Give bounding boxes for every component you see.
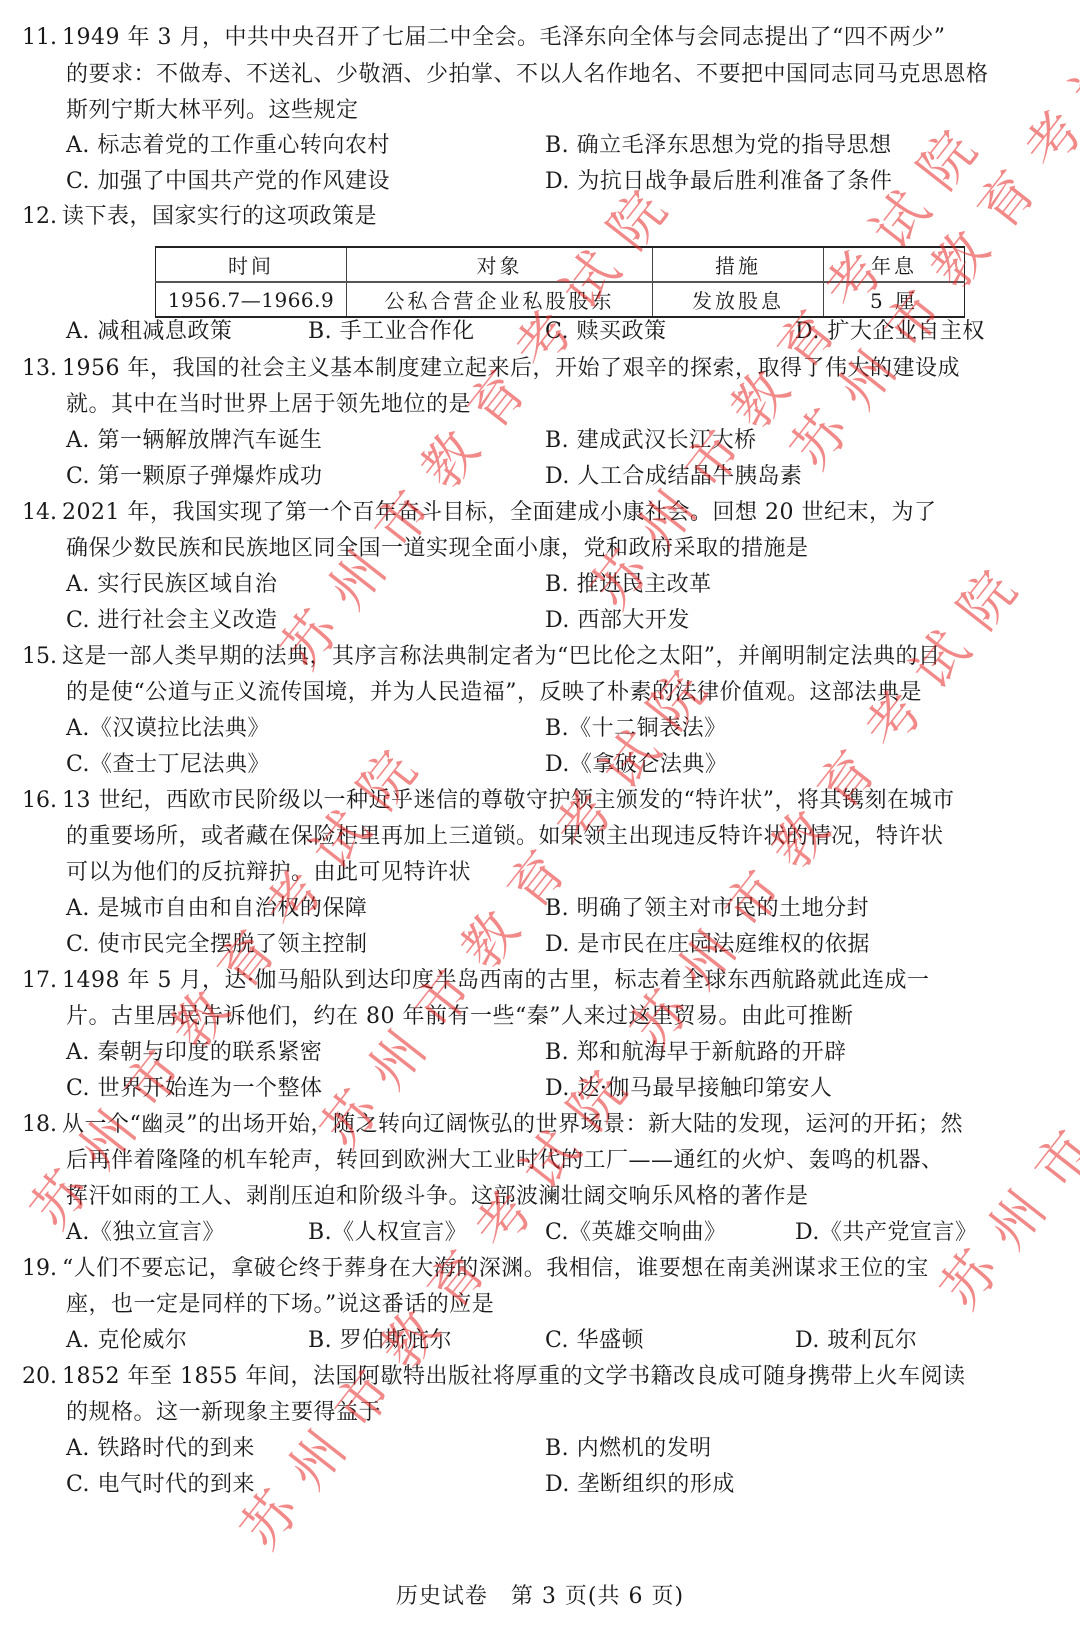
- option-c: C.《查士丁尼法典》: [66, 751, 270, 779]
- option-a: A. 第一辆解放牌汽车诞生: [66, 427, 322, 455]
- option-d: D. 达·伽马最早接触印第安人: [545, 1075, 832, 1103]
- option-a: A. 克伦威尔: [66, 1327, 187, 1355]
- option-c: C. 进行社会主义改造: [66, 607, 278, 635]
- option-c: C.《英雄交响曲》: [545, 1219, 727, 1247]
- question-number: 15.: [22, 643, 57, 671]
- option-c: C. 赎买政策: [545, 318, 667, 346]
- question-number: 12.: [22, 203, 57, 231]
- question-text: 确保少数民族和民族地区同全国一道实现全面小康，党和政府采取的措施是: [66, 535, 809, 563]
- option-b: B. 明确了领主对市民的土地分封: [545, 895, 869, 923]
- table-header-row: 时间 对象 措施 年息: [156, 247, 965, 282]
- question-text: 片。古里居民告诉他们，约在 80 年前有一些“秦”人来过这里贸易。由此可推断: [66, 1003, 853, 1031]
- option-a: A.《汉谟拉比法典》: [66, 715, 270, 743]
- option-b: B. 郑和航海早于新航路的开辟: [545, 1039, 847, 1067]
- option-b: B. 内燃机的发明: [545, 1435, 712, 1463]
- option-d: D. 玻利瓦尔: [795, 1327, 917, 1355]
- option-c: C. 世界开始连为一个整体: [66, 1075, 323, 1103]
- option-c: C. 华盛顿: [545, 1327, 644, 1355]
- question-text: 后再伴着隆隆的机车轮声，转回到欧洲大工业时代的工厂——通红的火炉、轰鸣的机器、: [66, 1147, 944, 1175]
- option-b: B.《十二铜表法》: [545, 715, 727, 743]
- option-b: B. 推进民主改革: [545, 571, 712, 599]
- exam-page: 11. 1949 年 3 月，中共中央召开了七届二中全会。毛泽东向全体与会同志提…: [0, 0, 1080, 1635]
- option-a: A. 减租减息政策: [66, 318, 232, 346]
- question-text: 13 世纪，西欧市民阶级以一种近乎迷信的尊敬守护领主颁发的“特许状”，将其镌刻在…: [62, 787, 954, 815]
- question-number: 17.: [22, 967, 57, 995]
- table-header: 措施: [653, 247, 824, 282]
- question-text: 2021 年，我国实现了第一个百年奋斗目标，全面建成小康社会。回想 20 世纪末…: [62, 499, 936, 527]
- question-text: 的是使“公道与正义流传国境，并为人民造福”，反映了朴素的法律价值观。这部法典是: [66, 679, 922, 707]
- option-a: A. 铁路时代的到来: [66, 1435, 255, 1463]
- question-text: 挥汗如雨的工人、剥削压迫和阶级斗争。这部波澜壮阔交响乐风格的著作是: [66, 1183, 809, 1211]
- question-text: 1956 年，我国的社会主义基本制度建立起来后，开始了艰辛的探索，取得了伟大的建…: [62, 355, 960, 383]
- question-text: 斯列宁斯大林平列。这些规定: [66, 97, 359, 125]
- option-a: A. 实行民族区域自治: [66, 571, 277, 599]
- table-cell: 5 厘: [824, 282, 965, 317]
- question-text: 从一个“幽灵”的出场开始，随之转向辽阔恢弘的世界场景：新大陆的发现，运河的开拓；…: [62, 1111, 963, 1139]
- table-row: 1956.7—1966.9 公私合营企业私股股东 发放股息 5 厘: [156, 282, 965, 317]
- option-d: D.《共产党宣言》: [795, 1219, 977, 1247]
- question-text: 1852 年至 1855 年间，法国阿歇特出版社将厚重的文学书籍改良成可随身携带…: [62, 1363, 965, 1391]
- option-d: D.《拿破仑法典》: [545, 751, 727, 779]
- option-a: A. 是城市自由和自治权的保障: [66, 895, 367, 923]
- question-text: 1498 年 5 月，达·伽马船队到达印度半岛西南的古里，标志着全球东西航路就此…: [62, 967, 929, 995]
- page-footer: 历史试卷 第 3 页(共 6 页): [0, 1583, 1080, 1611]
- question-text: 的重要场所，或者藏在保险柜里再加上三道锁。如果领主出现违反特许状的情况，特许状: [66, 823, 944, 851]
- question-number: 19.: [22, 1255, 57, 1283]
- option-d: D. 西部大开发: [545, 607, 690, 635]
- option-d: D. 为抗日战争最后胜利准备了条件: [545, 168, 892, 196]
- question-text: 的规格。这一新现象主要得益于: [66, 1399, 381, 1427]
- option-d: D. 人工合成结晶牛胰岛素: [545, 463, 802, 491]
- table-cell: 1956.7—1966.9: [156, 282, 347, 317]
- question-number: 14.: [22, 499, 57, 527]
- question-text: 座，也一定是同样的下场。”说这番话的应是: [66, 1291, 494, 1319]
- question-number: 20.: [22, 1363, 57, 1391]
- question-text: 的要求：不做寿、不送礼、少敬酒、少拍掌、不以人名作地名、不要把中国同志同马克思恩…: [66, 61, 989, 89]
- question-text: 1949 年 3 月，中共中央召开了七届二中全会。毛泽东向全体与会同志提出了“四…: [62, 24, 945, 52]
- table-header: 对象: [347, 247, 653, 282]
- question-text: 可以为他们的反抗辩护。由此可见特许状: [66, 859, 471, 887]
- question-number: 18.: [22, 1111, 57, 1139]
- question-text: 这是一部人类早期的法典，其序言称法典制定者为“巴比伦之太阳”，并阐明制定法典的目: [62, 643, 941, 671]
- question-text: 读下表，国家实行的这项政策是: [62, 203, 377, 231]
- option-b: B. 手工业合作化: [308, 318, 475, 346]
- option-c: C. 第一颗原子弹爆炸成功: [66, 463, 323, 491]
- option-b: B. 罗伯斯庇尔: [308, 1327, 452, 1355]
- option-b: B. 确立毛泽东思想为党的指导思想: [545, 132, 892, 160]
- option-d: D. 扩大企业自主权: [795, 318, 985, 346]
- question-text: 就。其中在当时世界上居于领先地位的是: [66, 391, 471, 419]
- option-b: B. 建成武汉长江大桥: [545, 427, 757, 455]
- question-number: 13.: [22, 355, 57, 383]
- option-a: A. 标志着党的工作重心转向农村: [66, 132, 390, 160]
- question-number: 11.: [22, 24, 57, 52]
- option-a: A.《独立宣言》: [66, 1219, 225, 1247]
- table-cell: 公私合营企业私股股东: [347, 282, 653, 317]
- option-b: B.《人权宣言》: [308, 1219, 467, 1247]
- option-c: C. 加强了中国共产党的作风建设: [66, 168, 390, 196]
- option-c: C. 电气时代的到来: [66, 1471, 255, 1499]
- question-number: 16.: [22, 787, 57, 815]
- question-text: “人们不要忘记，拿破仑终于葬身在大海的深渊。我相信，谁要想在南美洲谋求王位的宝: [62, 1255, 929, 1283]
- table-cell: 发放股息: [653, 282, 824, 317]
- table-header: 年息: [824, 247, 965, 282]
- table-header: 时间: [156, 247, 347, 282]
- option-a: A. 秦朝与印度的联系紧密: [66, 1039, 322, 1067]
- option-d: D. 是市民在庄园法庭维权的依据: [545, 931, 870, 959]
- policy-table: 时间 对象 措施 年息 1956.7—1966.9 公私合营企业私股股东 发放股…: [155, 246, 965, 318]
- option-c: C. 使市民完全摆脱了领主控制: [66, 931, 368, 959]
- option-d: D. 垄断组织的形成: [545, 1471, 735, 1499]
